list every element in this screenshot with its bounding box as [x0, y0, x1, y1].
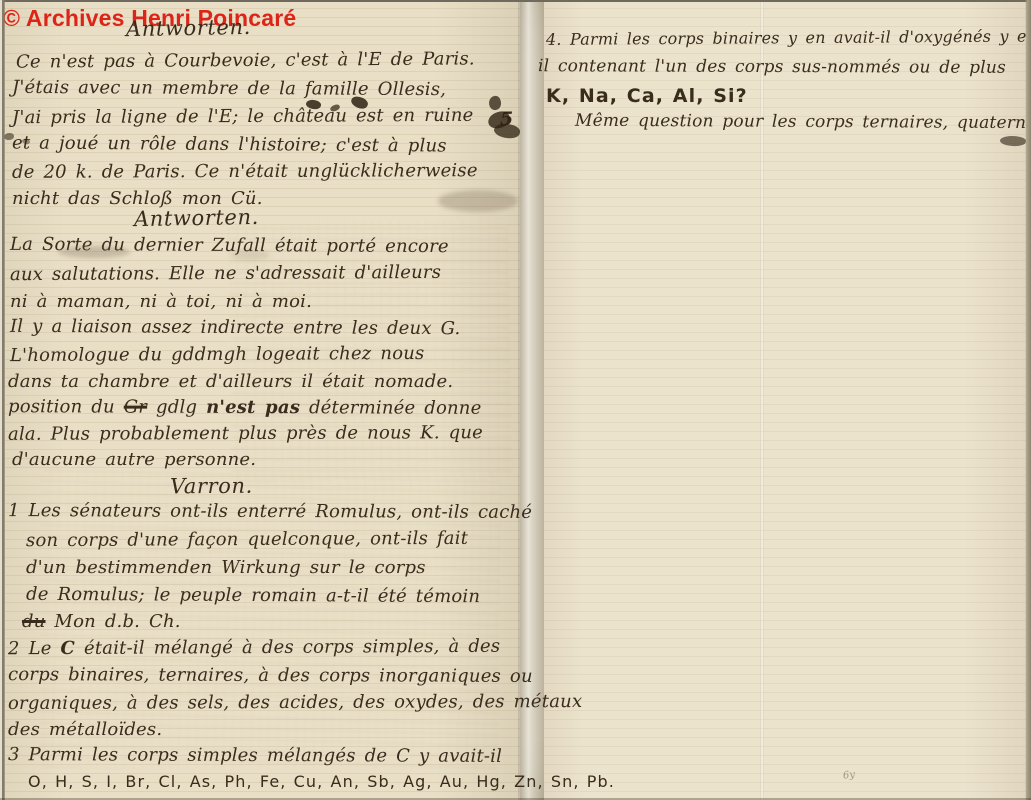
ink-smudge	[58, 246, 130, 258]
manuscript-line: de 20 k. de Paris. Ce n'était unglücklic…	[12, 160, 478, 183]
manuscript-line: aux salutations. Elle ne s'adressait d'a…	[10, 262, 441, 285]
section-heading: Antworten.	[126, 15, 251, 41]
scan-edge-right	[1025, 0, 1031, 800]
manuscript-line: du Mon d.b. Ch.	[22, 611, 181, 632]
manuscript-line: J'étais avec un membre de la famille Oll…	[12, 77, 446, 100]
struck-word: Gr	[124, 397, 147, 418]
line-segment: 2 Le	[8, 638, 61, 659]
section-heading: Varron.	[170, 474, 253, 499]
manuscript-line: son corps d'une façon quelconque, ont-il…	[26, 528, 468, 551]
manuscript-line: ni à maman, ni à toi, ni à moi.	[10, 291, 312, 312]
manuscript-line: et a joué un rôle dans l'histoire; c'est…	[12, 132, 447, 156]
manuscript-line: de Romulus; le peuple romain a-t-il été …	[26, 584, 480, 607]
line-segment: était-il mélangé à des corps simples, à …	[75, 636, 500, 659]
manuscript-line: J'ai pris la ligne de l'E; le château es…	[12, 105, 474, 128]
line-segment: déterminée donne	[300, 397, 482, 419]
manuscript-line: dans ta chambre et d'ailleurs il était n…	[8, 371, 453, 392]
pencil-mark: 6y	[842, 769, 855, 782]
ink-smudge	[438, 190, 518, 212]
manuscript-scan: © Archives Henri Poincaré Antworten. Ce …	[0, 0, 1031, 800]
manuscript-line: organiques, à des sels, des acides, des …	[8, 691, 582, 714]
ink-smudge	[230, 250, 270, 260]
overwritten-word: n'est pas	[206, 397, 300, 418]
overwritten-letter: C	[60, 638, 75, 659]
manuscript-line: ala. Plus probablement plus près de nous…	[8, 422, 483, 445]
section-heading: Antworten.	[134, 205, 259, 231]
manuscript-line: 2 Le C était-il mélangé à des corps simp…	[8, 636, 500, 660]
line-segment: gdlg	[147, 397, 206, 418]
scan-edge-left	[0, 0, 5, 800]
struck-word: du	[22, 611, 46, 632]
manuscript-line: 1 Les sénateurs ont-ils enterré Romulus,…	[8, 500, 532, 523]
manuscript-line: d'un bestimmenden Wirkung sur le corps	[26, 557, 426, 578]
manuscript-line: Il y a liaison assez indirecte entre les…	[10, 316, 461, 339]
scan-edge-top	[0, 0, 1031, 2]
ink-blot	[4, 133, 14, 140]
manuscript-line: 3 Parmi les corps simples mélangés de C …	[8, 744, 502, 767]
manuscript-line: il contenant l'un des corps sus-nommés o…	[538, 56, 1006, 78]
line-segment: Mon d.b. Ch.	[46, 611, 181, 632]
manuscript-line: position du Gr gdlg n'est pas déterminée…	[8, 396, 482, 419]
line-segment: position du	[8, 396, 124, 417]
manuscript-line: 4. Parmi les corps binaires y en avait-i…	[546, 26, 1031, 49]
manuscript-line: Même question pour les corps ternaires, …	[575, 111, 1031, 134]
manuscript-line: L'homologue du gddmgh logeait chez nous	[10, 343, 425, 366]
manuscript-line: Ce n'est pas à Courbevoie, c'est à l'E d…	[16, 48, 475, 72]
chemical-symbols-line: K, Na, Ca, Al, Si?	[546, 85, 748, 107]
manuscript-line: d'aucune autre personne.	[12, 449, 256, 470]
manuscript-line: corps binaires, ternaires, à des corps i…	[8, 664, 533, 687]
manuscript-line: des métalloïdes.	[8, 719, 162, 740]
chemical-symbols-line: O, H, S, I, Br, Cl, As, Ph, Fe, Cu, An, …	[28, 772, 615, 791]
